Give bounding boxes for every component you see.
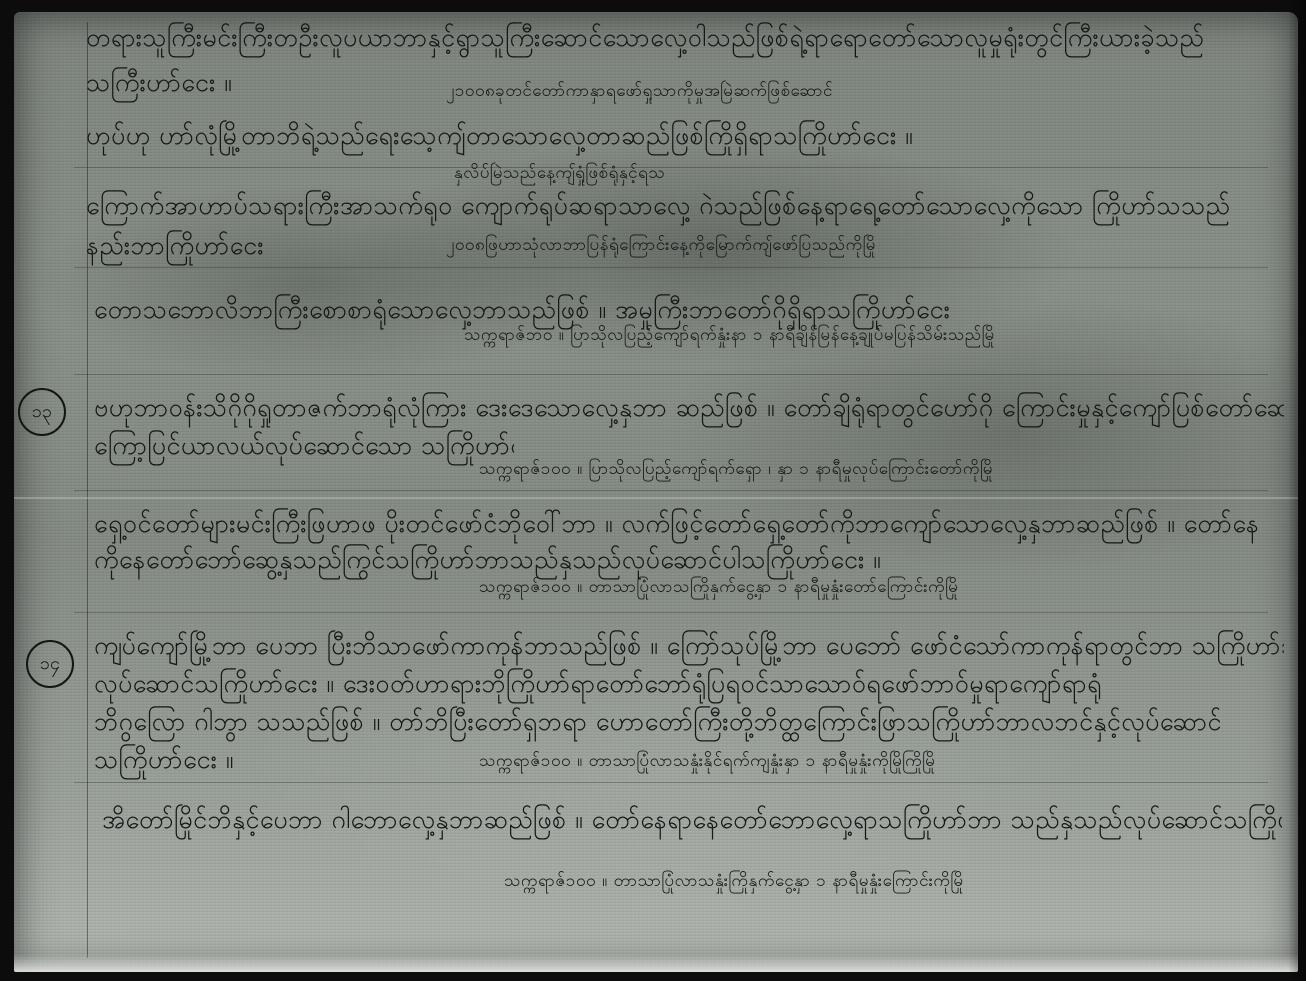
margin-marker-label: ၁၄	[40, 651, 60, 678]
entry-note: ၂၀၀၈ဖြဟာသုံလာဘာပြန်ရုံကြောင်းနေ့ကိုမြောက…	[446, 234, 1126, 259]
entry-note: နှလိပ်မြဲသည်နေ့ကျ်ရှုံဖြစ်ရုံနှင့်ရသ	[454, 162, 914, 187]
manuscript-photograph: ၁၃ ၁၄ တရားသူကြီးမင်းကြီးတဦးလူပယာဘာနှင့်ရ…	[0, 0, 1306, 981]
bottom-edge-glare	[14, 954, 1298, 972]
entry-line: လုပ်ဆောင်သကြိုဟာ်ငေး ။ ဒေး၀တ်ဟာရားဘိုကြိ…	[94, 668, 1284, 705]
margin-marker: ၁၄	[26, 640, 74, 688]
entry-note: သက္ကရာဇ်ဘ၀ ။ ပြာသိုလပြည့်ကျော်ရက်နှုံးနာ…	[464, 324, 1184, 349]
entry-line: သကြိုဟာ်ငေး ။	[94, 744, 294, 781]
entry-line: ကြောက်အာဟာပ်သရားကြီးအာသက်ရုဝ ကျောက်ရုပ်ဆ…	[86, 190, 1286, 227]
manuscript-page: ၁၃ ၁၄ တရားသူကြီးမင်းကြီးတဦးလူပယာဘာနှင့်ရ…	[14, 12, 1298, 972]
entry-line: နည်းဘာကြိုဟာ်ငေး	[86, 230, 286, 267]
entry-note: ၂၁၀၀၈ခုတင်တော်ကာနှာရဖော်ရှုသာကိုမှုအမြဲဆ…	[446, 80, 1066, 105]
entry-line: တရားသူကြီးမင်းကြီးတဦးလူပယာဘာနှင့်ရွာသူကြ…	[86, 22, 1286, 59]
ruled-line	[74, 782, 1268, 783]
ruled-line	[74, 267, 1268, 268]
entry-line: ကျပ်ကျော်မြို့ဘာ ပေဘာ ပြီးဘိသာဖော်ကာကုန်…	[94, 630, 1284, 667]
entry-note: သက္ကရာဇ်၁၀၀ ။ တာသာပြုံလာသနှုံးကြိုနှက်ငွ…	[504, 870, 1064, 895]
entry-line: ရှေ့၀င်တော်များမင်းကြီးဖြဟာဖ ပိုးတင်ဖော်…	[94, 508, 1284, 545]
entry-line: ဘိဂွလြော ဂါဘွာ သသည်ဖြစ် ။ တာ်ဘိပြီးတော်ရ…	[94, 706, 1264, 743]
entry-note: သက္ကရာဇ်၁၀၀ ။ တာသာပြုံလာသနှုံးနိုင်ရက်ကျ…	[479, 750, 1199, 775]
entry-line: ဗဟုဘာဝန်းသိဂိုဂိုရှုတာဇက်ဘာရုံလုံကြား ဒေ…	[94, 392, 1284, 429]
ruled-line	[74, 612, 1268, 613]
entry-line: ကြော့ပြင်ယာလယ်လုပ်ဆောင်သော သကြိုဟာ်ငေး ။	[94, 430, 514, 467]
right-edge-shadow	[1288, 0, 1306, 981]
entry-line: သကြီးဟာ်ငေး ။	[86, 67, 386, 104]
entry-note: သက္ကရာဇ်၁၀၀ ။ ပြာသိုလပြည့်ကျော်ရက်ရှော ၊…	[479, 458, 1179, 483]
ruled-line	[74, 490, 1268, 491]
paper-fold	[14, 497, 1298, 499]
entry-line: ဟုပ်ဟု ဟာ်လုံမြို့တာဘိရဲ့သည်ရေးသေ့ကျ်တာသ…	[86, 120, 986, 157]
margin-marker: ၁၃	[18, 388, 66, 436]
margin-marker-label: ၁၃	[32, 399, 52, 426]
entry-note: သက္ကရာဇ်၁၀၀ ။ တာသာပြုံလာသကြိုနှက်ငွေ့နှာ…	[479, 576, 1179, 601]
entry-line: အိတော်မြိုင်ဘိနှင့်ပေဘာ ဂါဘောလှေ့နှဘာဆည်…	[102, 804, 1282, 841]
ruled-line	[74, 374, 1268, 375]
